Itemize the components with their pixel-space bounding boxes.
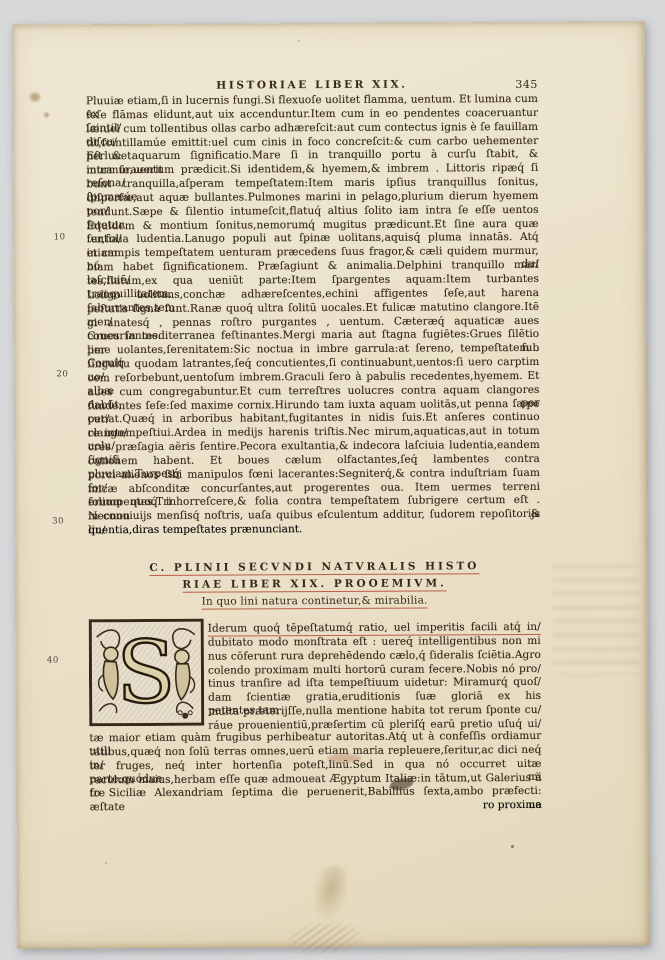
foxing-spot (30, 93, 40, 102)
margin-line-number-40: 40 (47, 655, 59, 665)
paper-speck (298, 40, 300, 42)
section-heading: C. PLINII SECVNDI NATVRALIS HISTO RIAE L… (75, 560, 553, 613)
woodcut-initial-S: S (89, 619, 205, 727)
initial-letter-glyph: S (116, 623, 175, 723)
catchword: ro proxima (90, 799, 542, 815)
stain-bottom-streaks (284, 918, 364, 958)
text-line: Iderum quoq́ tēpeſtatumq́ ratio, uel imp… (208, 621, 541, 637)
heading-line-1-text: C. PLINII SECVNDI NATVRALIS HISTO (149, 560, 479, 576)
margin-line-number-20: 20 (56, 369, 68, 379)
book-page-sheet: HISTORIAE LIBER XIX. 345 10 20 30 40 Plu… (13, 21, 650, 948)
running-head-title: HISTORIAE LIBER XIX. (216, 79, 407, 92)
paper-speck (105, 862, 107, 864)
paragraph-last-line: quentia,diras tempeſtates prænunciant. (88, 522, 540, 538)
scanned-book-page-viewer: { "page": { "colors": { "background": "#… (0, 0, 665, 960)
stain-bottom-smudge (307, 862, 354, 926)
paper-speck (511, 845, 514, 848)
margin-line-number-30: 30 (52, 516, 64, 526)
woodcut-initial-image: S (89, 619, 205, 727)
text-line: dubitato modo monſtrata eſt : uereq́ int… (208, 635, 541, 651)
heading-line-2-text: RIAE LIBER XIX. PROOEMIVM. (182, 577, 446, 592)
heading-subtitle: In quo lini natura continetur,& mirabili… (76, 594, 554, 613)
foxing-spot-small (44, 112, 49, 117)
heading-subtitle-text: In quo lini natura continetur,& mirabili… (202, 594, 428, 609)
page-number: 345 (515, 78, 538, 91)
text-line: nus cōferunt rura deprehēdendo cælo,q́ ſ… (208, 649, 541, 665)
proemium-indented-block: Iderum quoq́ tēpeſtatumq́ ratio, uel imp… (208, 621, 542, 733)
show-through-text-ghost (552, 563, 639, 675)
margin-line-number-10: 10 (54, 232, 66, 242)
main-text-block: Pluuiæ etiam,ſi in lucernis fungi.Si fle… (86, 93, 540, 525)
proemium-full-block: tæ maior etiam quàm frugibus perhibeatur… (89, 730, 541, 802)
